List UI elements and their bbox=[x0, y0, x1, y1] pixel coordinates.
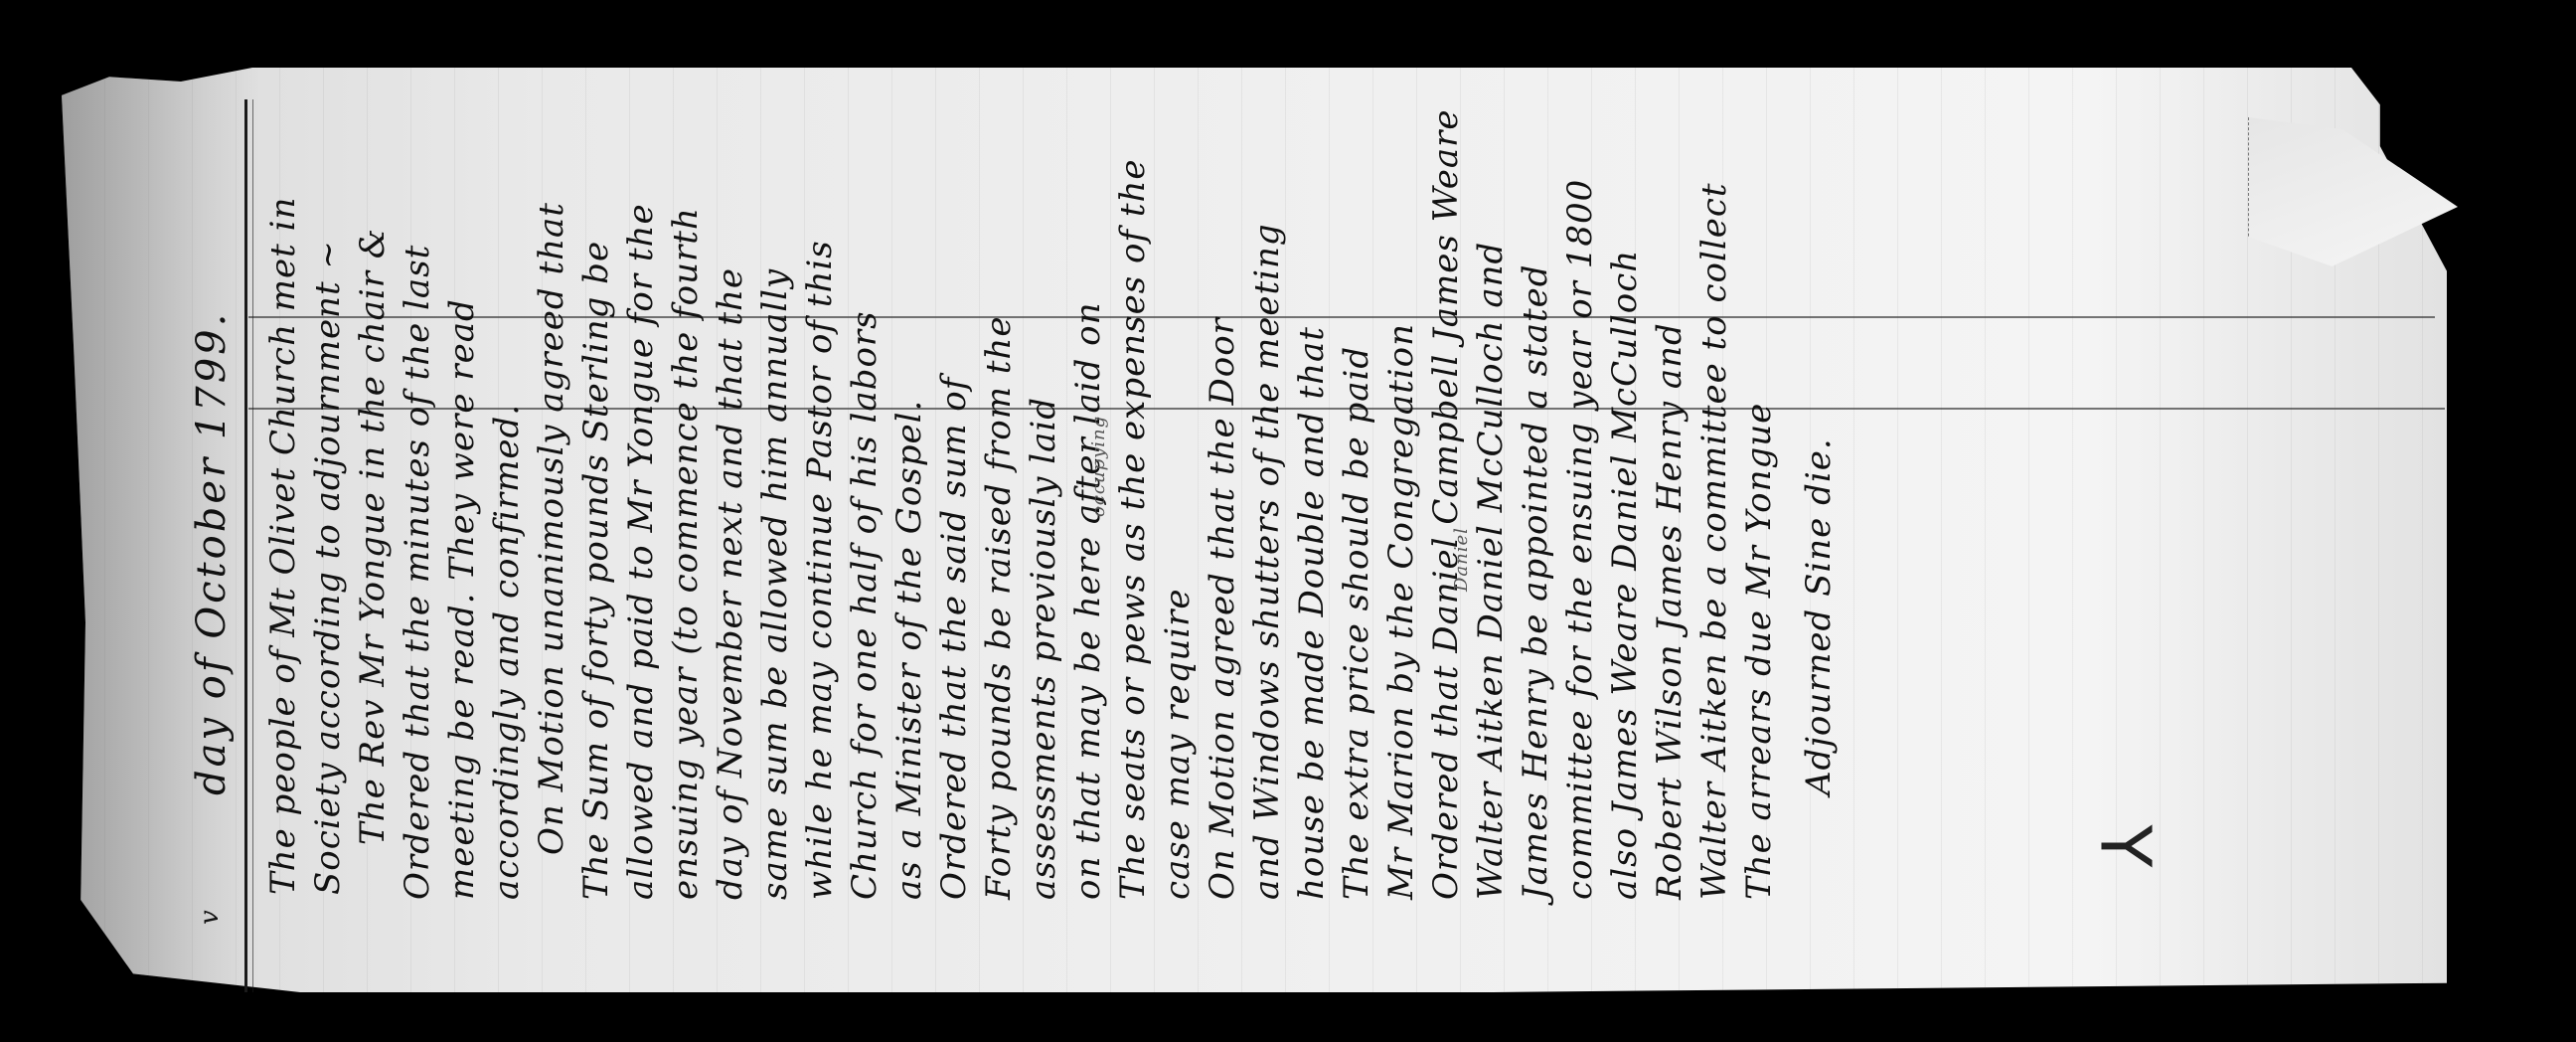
text-line: Walter Aitken be a committee to collect bbox=[1694, 182, 1734, 900]
text-line: meeting be read. They were read bbox=[442, 298, 482, 900]
text-line: Ordered that the said sum of bbox=[934, 377, 974, 900]
text-line: accordingly and confirmed. bbox=[487, 404, 527, 900]
text-line: James Henry be appointed a stated bbox=[1516, 263, 1555, 900]
text-line: Adjourned Sine die. bbox=[1799, 437, 1839, 795]
text-line: The people of Mt Olivet Church met in bbox=[263, 197, 303, 895]
margin-date-heading: day of October 1799. bbox=[189, 311, 235, 795]
text-line: case may require bbox=[1158, 589, 1198, 901]
text-line: day of November next and that the bbox=[711, 267, 750, 900]
text-line: Forty pounds be raised from the bbox=[979, 316, 1019, 900]
text-line: Walter Aitken Daniel McCulloch and bbox=[1471, 242, 1511, 900]
margin-rule bbox=[244, 99, 247, 992]
text-line: Ordered that the minutes of the last bbox=[398, 245, 437, 900]
text-line: and Windows shutters of the meeting bbox=[1247, 223, 1287, 900]
text-line: The Sum of forty pounds Sterling be bbox=[576, 241, 616, 900]
text-line: assessments previously laid bbox=[1024, 397, 1063, 900]
text-line: same sum be allowed him annually bbox=[755, 268, 795, 900]
text-line: committee for the ensuing year or 1800 bbox=[1560, 179, 1600, 900]
text-line: also James Weare Daniel McCulloch bbox=[1605, 250, 1645, 900]
text-line: On Motion unanimously agreed that bbox=[532, 202, 571, 855]
interlinear-note: Daniel bbox=[1451, 527, 1472, 592]
text-line: ensuing year (to commence the fourth bbox=[666, 207, 706, 900]
ink-flourish-mark: ⅄ bbox=[2087, 825, 2169, 868]
text-line: The seats or pews as the expenses of the bbox=[1113, 159, 1153, 901]
text-line: house be made Double and that bbox=[1292, 326, 1332, 900]
text-line: Mr Marion by the Congregation bbox=[1381, 323, 1421, 900]
margin-check-mark: v bbox=[195, 907, 225, 925]
text-line: The extra price should be paid bbox=[1337, 346, 1376, 900]
text-line: Ordered that Daniel Campbell James Weare bbox=[1426, 108, 1466, 900]
text-line: allowed and paid to Mr Yongue for the bbox=[621, 203, 661, 900]
text-line: as a Minister of the Gospel. bbox=[889, 400, 929, 900]
text-line: on that may be here after laid on bbox=[1068, 301, 1108, 900]
text-line: while he may continue Pastor of this bbox=[800, 240, 840, 900]
text-line: Society according to adjournment ~ bbox=[308, 240, 348, 895]
text-line: The arrears due Mr Yongue bbox=[1739, 403, 1779, 900]
text-line: The Rev Mr Yongue in the chair & bbox=[353, 228, 393, 845]
text-line: On Motion agreed that the Door bbox=[1203, 317, 1242, 900]
interlinear-note: occupying bbox=[1088, 416, 1109, 517]
text-line: Robert Wilson James Henry and bbox=[1650, 322, 1690, 900]
text-line: Church for one half of his labors bbox=[845, 310, 885, 900]
margin-rule-inner bbox=[252, 99, 253, 992]
